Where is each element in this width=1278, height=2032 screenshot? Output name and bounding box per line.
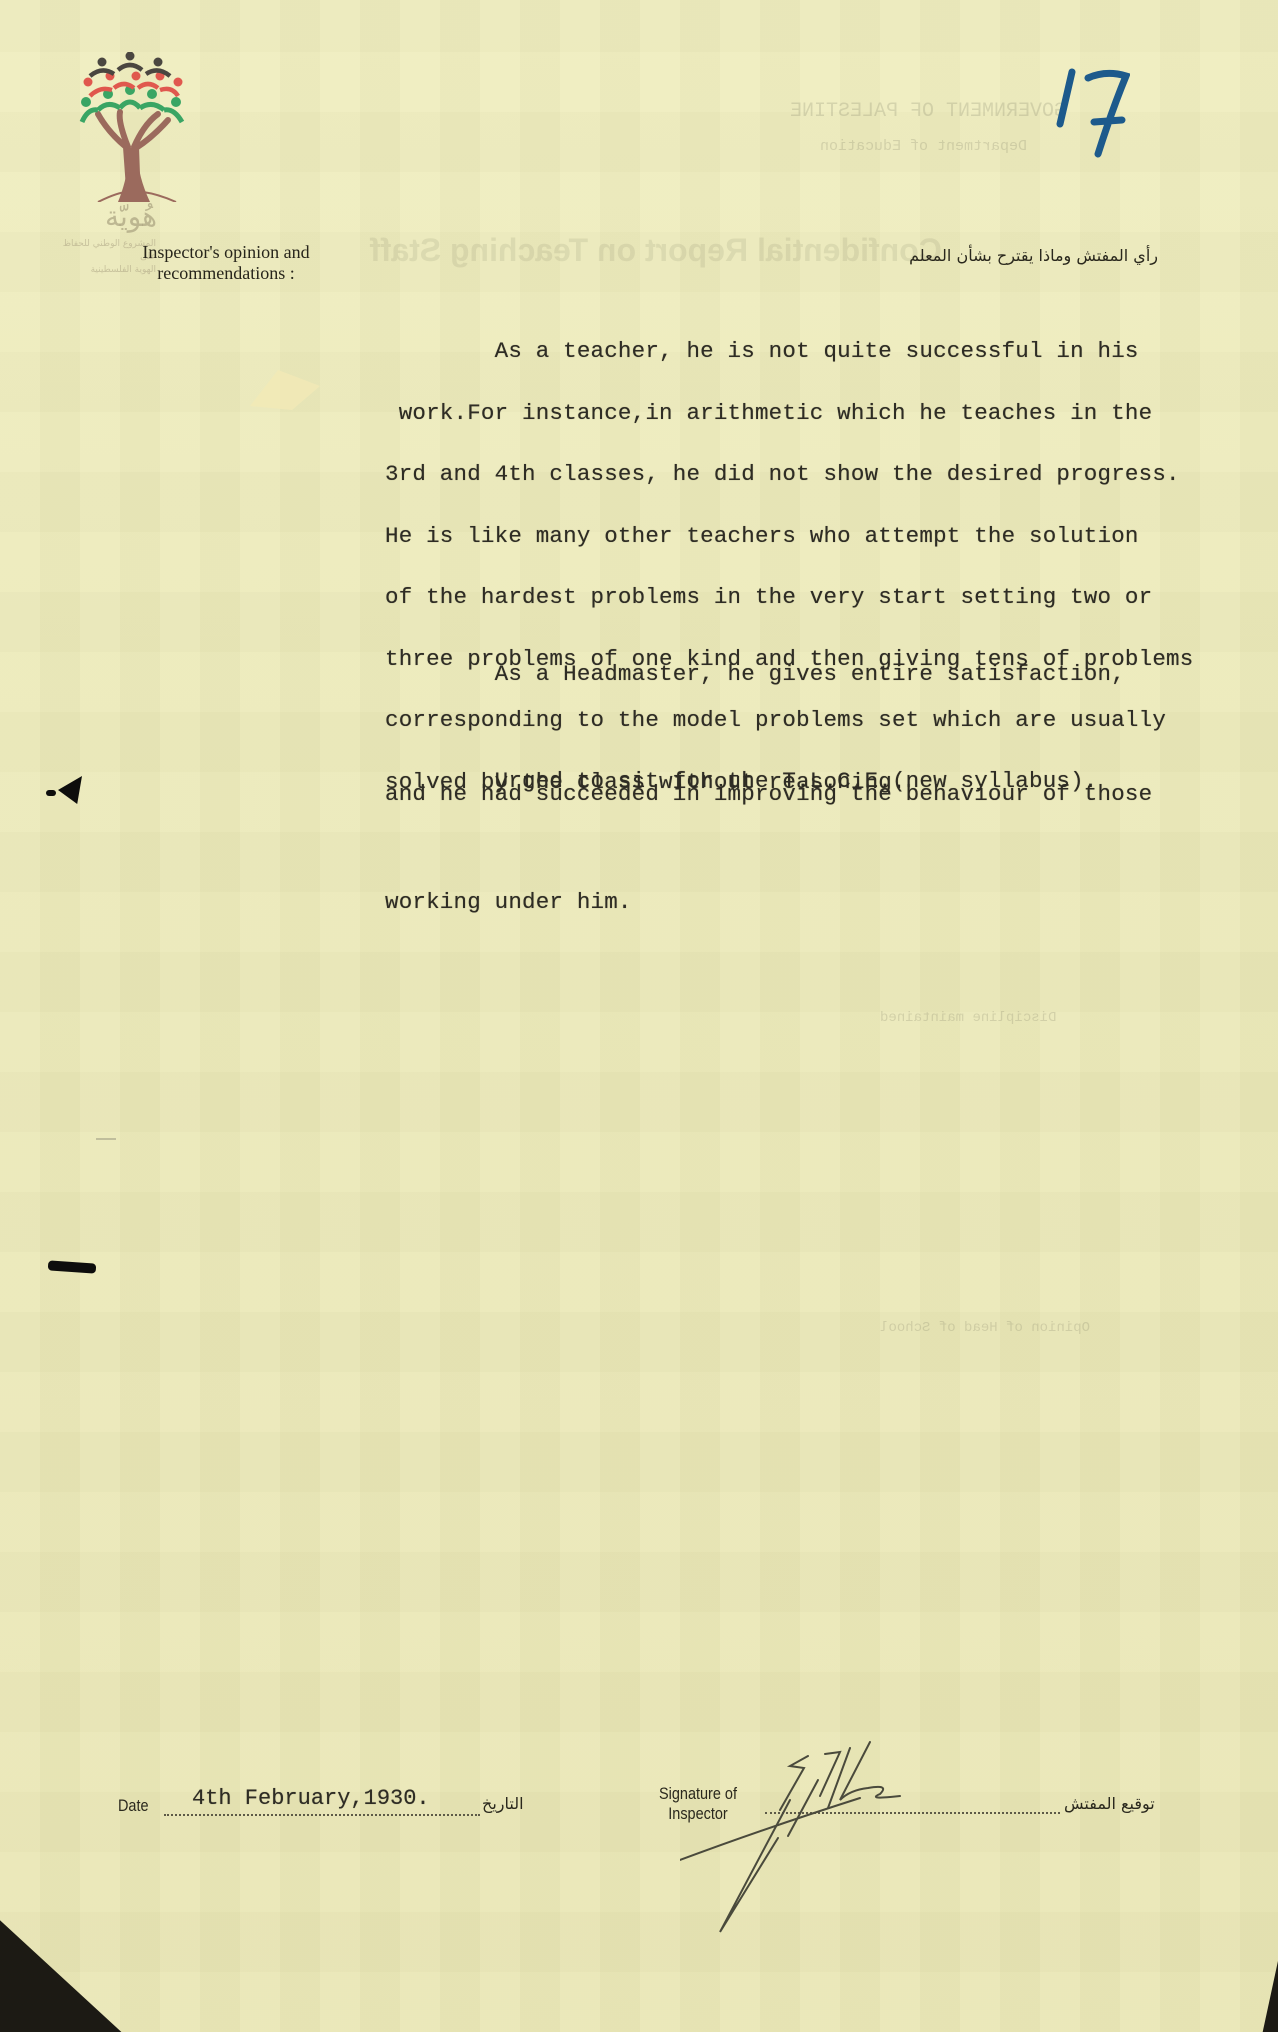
typed-line: He is like many other teachers who attem…	[385, 526, 1265, 547]
section-label-en: Inspector's opinion and recommendations …	[110, 242, 342, 284]
ink-blot	[48, 1260, 97, 1273]
ink-blot	[58, 776, 82, 804]
section-label-ar: رأي المفتش وماذا يقترح بشأن المعلم	[909, 246, 1158, 265]
typed-line: working under him.	[385, 882, 1265, 922]
typed-line: 3rd and 4th classes, he did not show the…	[385, 464, 1265, 485]
folio-number-17	[1050, 60, 1130, 160]
paper-stain	[250, 370, 320, 410]
typed-line: work.For instance,in arithmetic which he…	[385, 403, 1265, 424]
date-value: 4th February,1930.	[192, 1786, 430, 1811]
paragraph-recommendation: Urged to sit for the T.L.C.E.(new syllab…	[385, 730, 1265, 833]
typed-line: As a Headmaster, he gives entire satisfa…	[385, 654, 1265, 694]
bleed-through-heading: Confidential Report on Teaching Staff	[370, 232, 942, 269]
bleed-through-text: Department of Education	[820, 138, 1027, 155]
date-field: Date 4th February,1930. التاريخ	[118, 1786, 538, 1826]
ink-blot	[96, 1138, 116, 1140]
logo-wordmark: هُويّة	[66, 202, 196, 232]
bleed-through-text: Opinion of Head of School	[880, 1320, 1090, 1336]
bleed-through-text: Discipline maintained	[880, 1010, 1056, 1026]
signature-label-ar: توقيع المفتش	[1064, 1794, 1155, 1813]
section-label-line: Inspector's opinion and	[110, 242, 342, 263]
date-label: Date	[118, 1796, 149, 1816]
tree-of-people-logo-icon	[78, 52, 188, 202]
inspector-signature	[680, 1740, 1000, 1940]
typed-line: Urged to sit for the T.L.C.E.(new syllab…	[385, 771, 1265, 792]
date-dotted-line	[164, 1814, 480, 1816]
document-page: GOVERNMENT OF PALESTINE Department of Ed…	[0, 0, 1278, 2032]
typed-line: As a teacher, he is not quite successful…	[385, 341, 1265, 362]
ink-blot	[46, 790, 56, 796]
section-label-line: recommendations :	[110, 263, 342, 284]
date-label-ar: التاريخ	[482, 1794, 524, 1813]
bleed-through-text: GOVERNMENT OF PALESTINE	[790, 100, 1066, 123]
